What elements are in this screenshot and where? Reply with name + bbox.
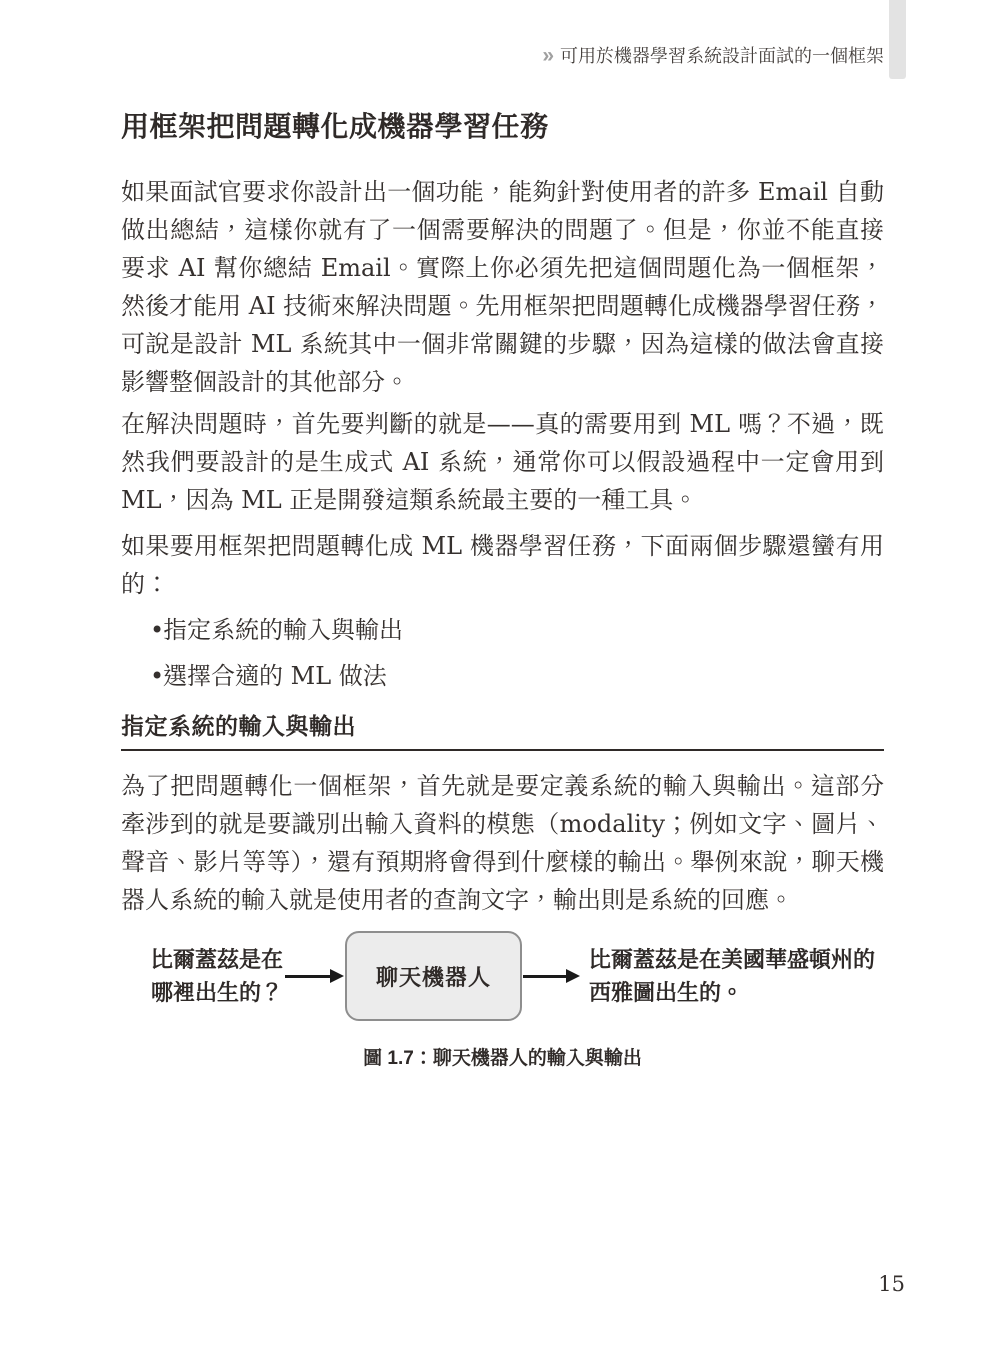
figure-input-line1: 比爾蓋茲是在 [151,943,285,976]
page-title: 用框架把問題轉化成機器學習任務 [121,105,884,149]
figure-input-line2: 哪裡出生的？ [151,976,285,1009]
figure-output-text: 比爾蓋茲是在美國華盛頓州的 西雅圖出生的。 [589,943,875,1009]
input-arrow-icon [285,975,331,978]
text-column: 用框架把問題轉化成機器學習任務 如果面試官要求你設計出一個功能，能夠針對使用者的… [121,0,884,1070]
section-heading: 指定系統的輸入與輸出 [121,709,884,751]
paragraph-framing-intro: 如果面試官要求你設計出一個功能，能夠針對使用者的許多 Email 自動做出總結，… [121,173,884,401]
paragraph-two-steps: 如果要用框架把問題轉化成 ML 機器學習任務，下面兩個步驟還蠻有用的： [121,527,884,603]
output-arrow-icon [523,975,567,978]
figure-output-line2: 西雅圖出生的。 [589,976,875,1009]
figure-output-line1: 比爾蓋茲是在美國華盛頓州的 [589,943,875,976]
chapter-edge-tab [889,0,906,79]
step-list: 指定系統的輸入與輸出 選擇合適的 ML 做法 [121,611,884,695]
figure-input-text: 比爾蓋茲是在 哪裡出生的？ [151,943,285,1009]
page-number: 15 [878,1272,905,1296]
paragraph-io-definition: 為了把問題轉化一個框架，首先就是要定義系統的輸入與輸出。這部分牽涉到的就是要識別… [121,767,884,919]
list-item: 指定系統的輸入與輸出 [121,611,884,649]
figure-caption: 圖 1.7：聊天機器人的輸入與輸出 [121,1043,884,1070]
chatbot-box-label: 聊天機器人 [376,961,491,992]
chatbot-box: 聊天機器人 [345,931,522,1021]
paragraph-need-ml: 在解決問題時，首先要判斷的就是——真的需要用到 ML 嗎？不過，既然我們要設計的… [121,405,884,519]
figure-diagram: 比爾蓋茲是在 哪裡出生的？ 聊天機器人 比爾蓋茲是在美國華盛頓州的 西雅圖出生的… [121,931,884,1021]
list-item: 選擇合適的 ML 做法 [121,657,884,695]
book-page: » 可用於機器學習系統設計面試的一個框架 用框架把問題轉化成機器學習任務 如果面… [0,0,1000,1353]
